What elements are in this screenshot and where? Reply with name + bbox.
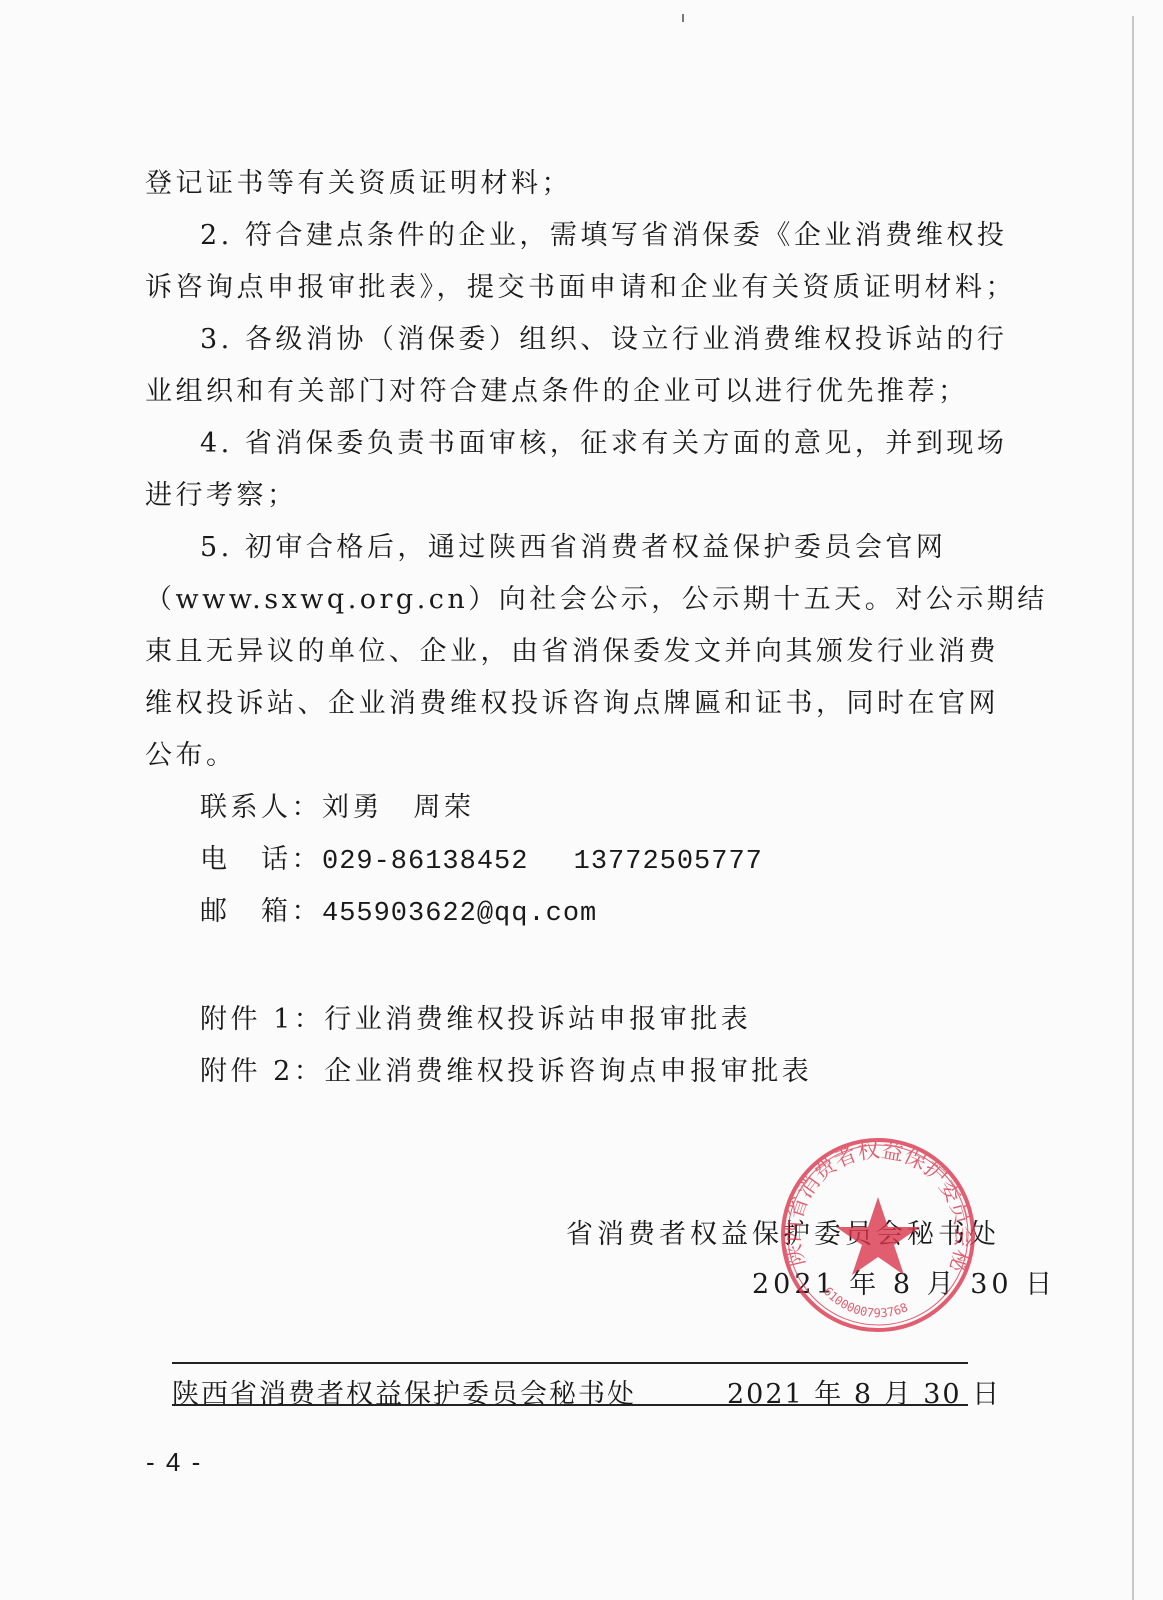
footer-bottom-rule: [172, 1404, 968, 1406]
contact-label: 联系人：: [200, 792, 322, 823]
paragraph-line: 业组织和有关部门对符合建点条件的企业可以进行优先推荐；: [145, 374, 969, 410]
paragraph-line: 登记证书等有关资质证明材料；: [145, 166, 572, 202]
paragraph-line: 进行考察；: [145, 478, 298, 514]
svg-text:陕西省消费者权益保护委员会秘书处: 陕西省消费者权益保护委员会秘书处: [778, 1135, 975, 1276]
phone-value: 029-86138452 13772505777: [322, 847, 763, 877]
paragraph-line: 2. 符合建点条件的企业，需填写省消保委《企业消费维权投: [200, 218, 1007, 254]
page-number: - 4 -: [146, 1447, 202, 1478]
contact-person: 联系人：刘勇 周荣: [200, 790, 475, 826]
scan-mark: [682, 14, 684, 22]
contact-phone: 电 话：029-86138452 13772505777: [200, 842, 763, 880]
page-edge: [1132, 16, 1134, 1600]
paragraph-line: 维权投诉站、企业消费维权投诉咨询点牌匾和证书，同时在官网: [145, 686, 999, 722]
attachment-2: 附件 2：企业消费维权投诉咨询点申报审批表: [200, 1054, 812, 1090]
paragraph-line: 4. 省消保委负责书面审核，征求有关方面的意见，并到现场: [200, 426, 1007, 462]
contact-email: 邮 箱：455903622@qq.com: [200, 894, 597, 932]
footer-top-rule: [172, 1362, 968, 1364]
paragraph-line: 5. 初审合格后，通过陕西省消费者权益保护委员会官网: [200, 530, 946, 566]
paragraph-line: 诉咨询点申报审批表》，提交书面申请和企业有关资质证明材料；: [145, 270, 1016, 306]
contact-value: 刘勇 周荣: [322, 792, 475, 823]
paragraph-line: 束且无异议的单位、企业，由省消保委发文并向其颁发行业消费: [145, 634, 999, 670]
paragraph-line: 3. 各级消协（消保委）组织、设立行业消费维权投诉站的行: [200, 322, 1007, 358]
phone-label: 电 话：: [200, 844, 322, 875]
paragraph-line: 公布。: [145, 738, 237, 774]
email-value[interactable]: 455903622@qq.com: [322, 899, 597, 929]
email-label: 邮 箱：: [200, 896, 322, 927]
attachment-1: 附件 1：行业消费维权投诉站申报审批表: [200, 1002, 751, 1038]
signature-org: 省消费者权益保护委员会秘书处: [566, 1212, 1000, 1251]
paragraph-line: （www.sxwq.org.cn）向社会公示，公示期十五天。对公示期结: [145, 582, 1048, 618]
signature-date: 2021 年 8 月 30 日: [752, 1262, 1056, 1301]
